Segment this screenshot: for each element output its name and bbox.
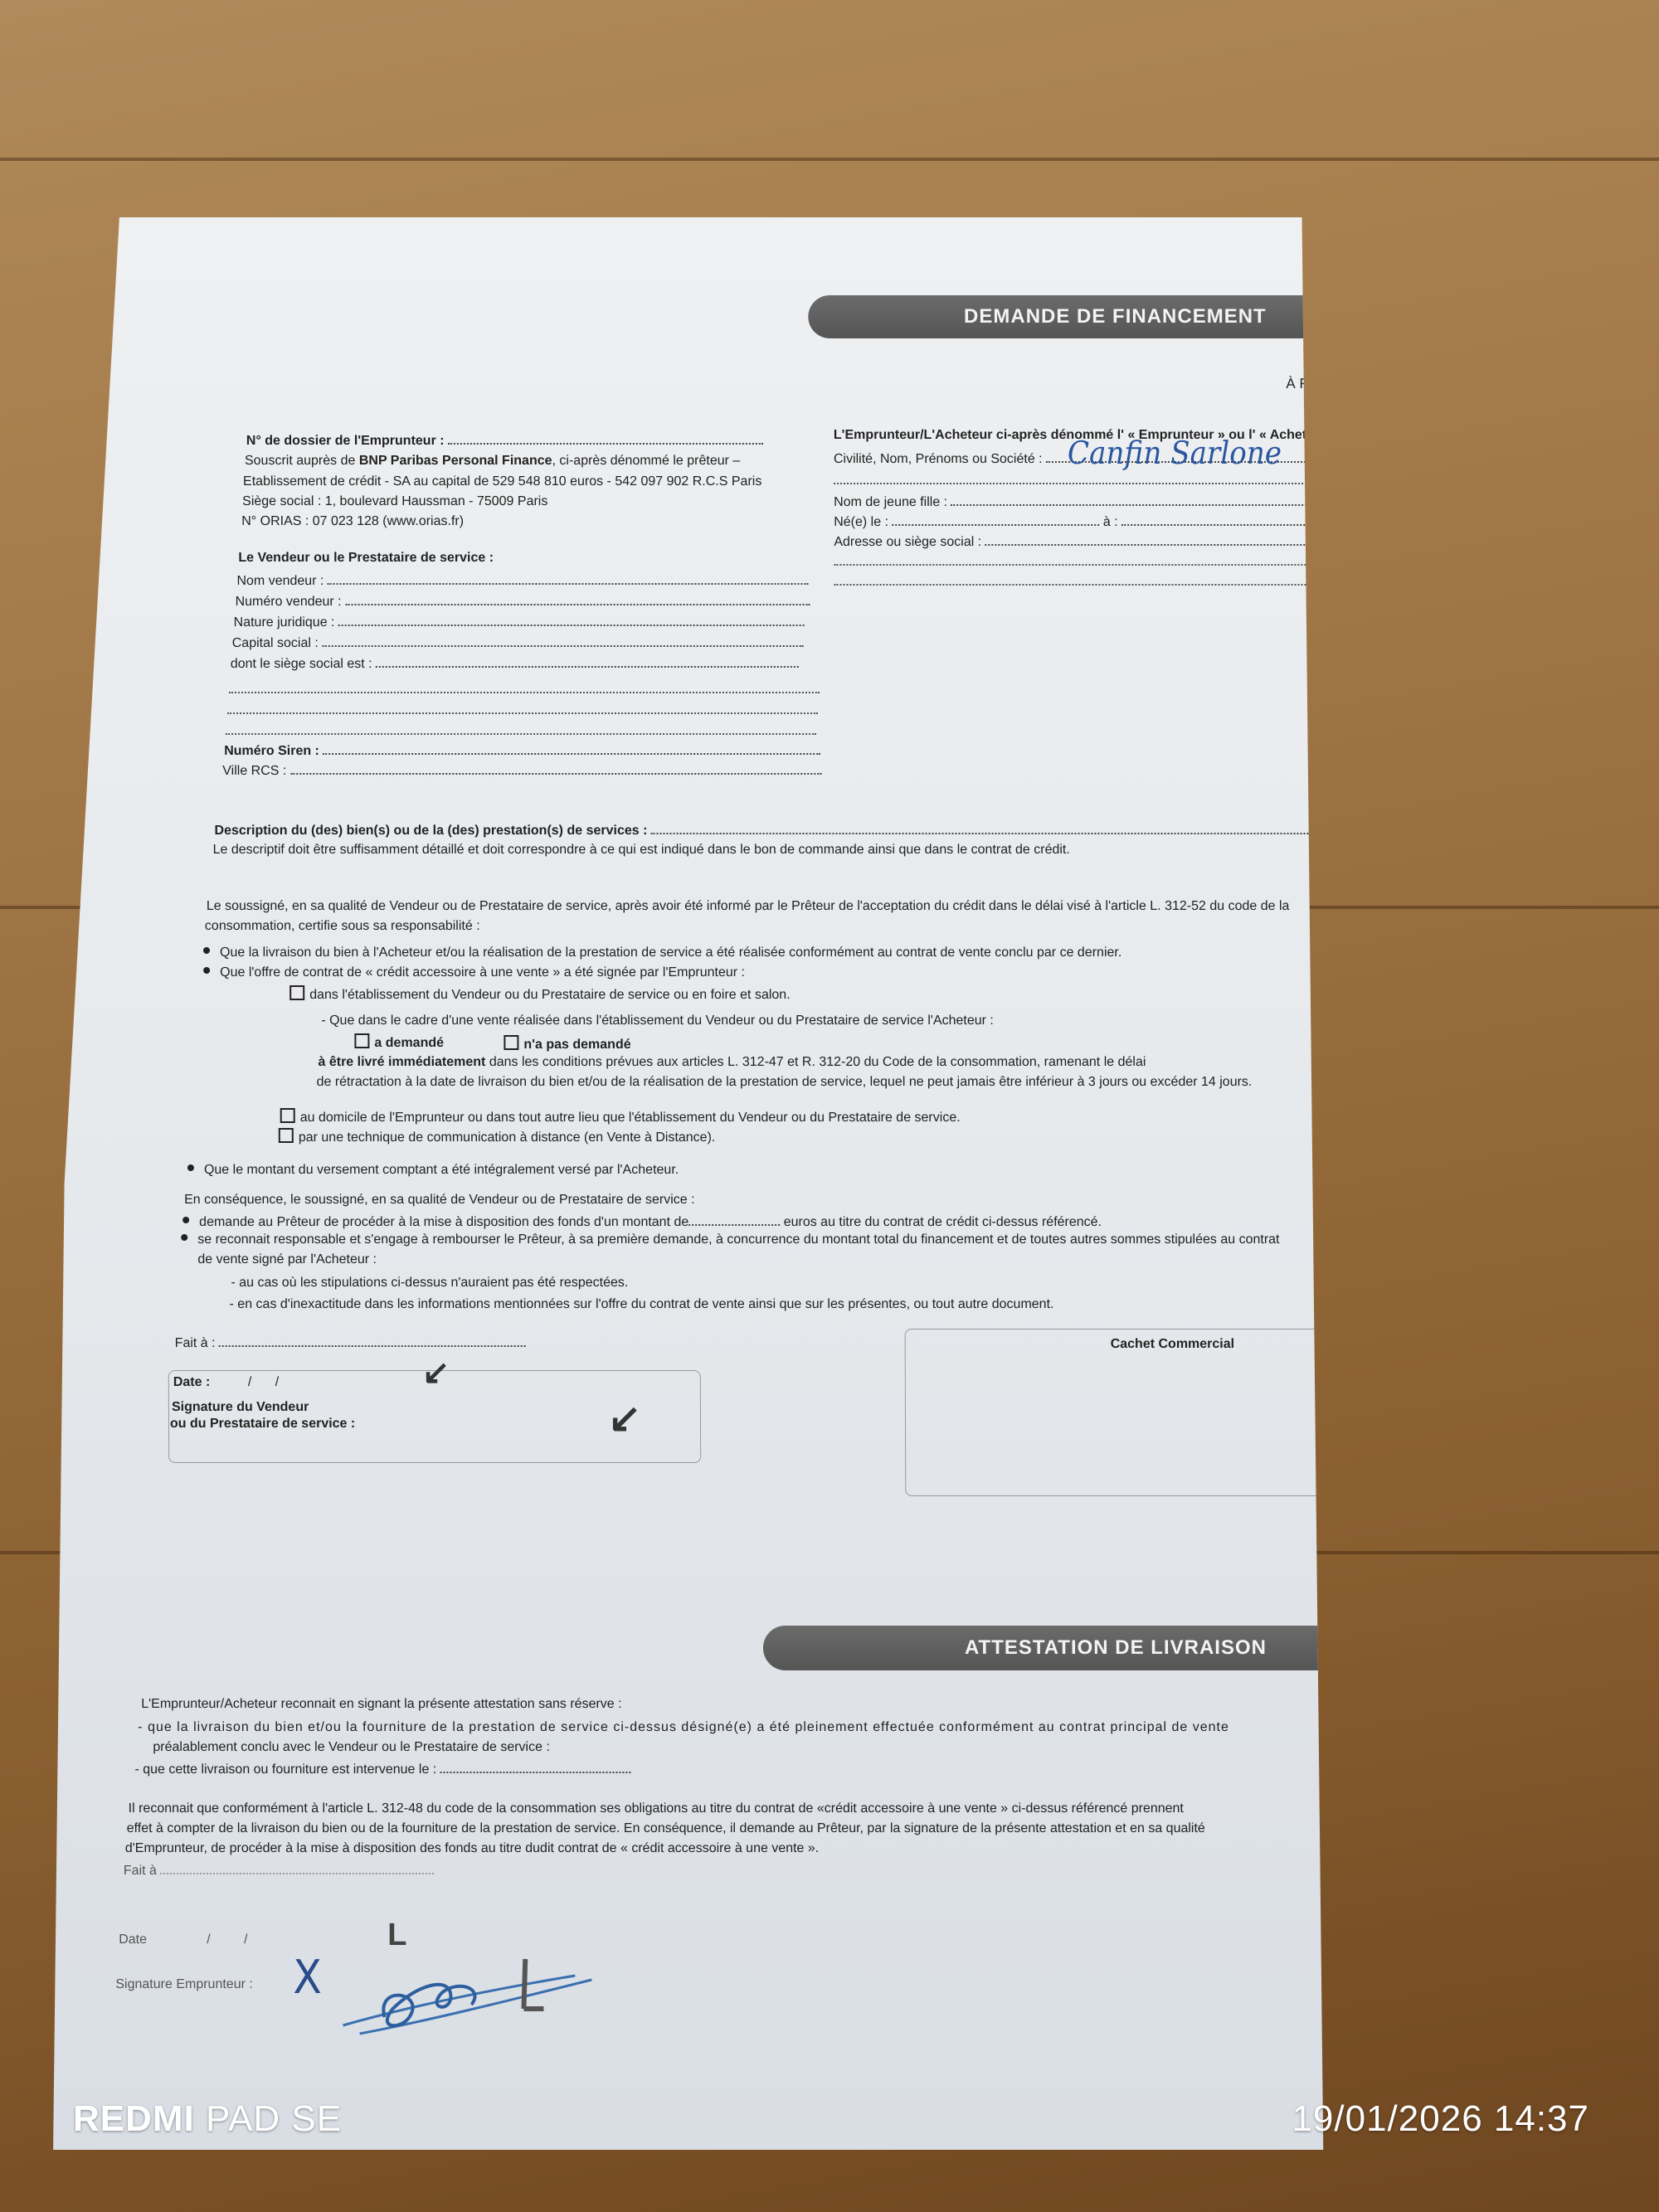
attestation-paragraph-line-1: Il reconnait que conformément à l'articl… <box>129 1801 1184 1816</box>
address-field[interactable] <box>985 532 1425 546</box>
rcs-city-label: Ville RCS : <box>222 764 286 778</box>
table-plank-seam <box>0 158 1659 161</box>
option-distance[interactable]: par une technique de communication à dis… <box>279 1128 716 1145</box>
attestation-item-1-line-2: préalablement conclu avec le Vendeur ou … <box>153 1740 550 1755</box>
certification-bullet-offer: Que l'offre de contrat de « crédit acces… <box>203 965 745 980</box>
borrower-name-handwriting: Canfin Sarlone <box>1068 435 1282 471</box>
address-row: Adresse ou siège social : <box>834 532 1424 550</box>
attestation-intro: L'Emprunteur/Acheteur reconnait en signa… <box>141 1697 621 1712</box>
seller-made-at-row: Fait à : <box>175 1334 526 1351</box>
seller-name-row: Nom vendeur : <box>236 571 808 589</box>
attestation-paragraph-line-2: effet à compter de la livraison du bien … <box>127 1821 1205 1836</box>
description-field[interactable] <box>651 821 1398 834</box>
borrower-file-label: N° de dossier de l'Emprunteur : <box>246 434 445 448</box>
birth-date-label: Né(e) le : <box>834 515 888 529</box>
return-label-text: À RENVOYER <box>1286 376 1379 391</box>
seller-head-office-row: dont le siège social est : <box>231 654 799 672</box>
option-establishment-label: dans l'établissement du Vendeur ou du Pr… <box>309 988 790 1002</box>
borrower-date-field[interactable]: / / <box>207 1932 247 1947</box>
consequence-case-2: - en cas d'inexactitude dans les informa… <box>229 1297 1053 1312</box>
delivery-conditions-line-2: de rétractation à la date de livraison d… <box>317 1075 1253 1090</box>
consequence-responsibility-line-2: de vente signé par l'Acheteur : <box>197 1252 377 1267</box>
commercial-stamp-box[interactable] <box>905 1329 1463 1496</box>
lender-line-3: Siège social : 1, boulevard Haussman - 7… <box>242 494 547 509</box>
seller-number-field[interactable] <box>345 592 810 605</box>
seller-signature-label-1: Signature du Vendeur <box>172 1400 309 1415</box>
rcs-city-row: Ville RCS : <box>222 761 821 779</box>
borrower-file-number-field[interactable] <box>448 431 763 445</box>
camera-brand-bold: REDMI <box>73 2098 195 2139</box>
delivery-date-label: - que cette livraison ou fourniture est … <box>134 1762 436 1777</box>
camera-watermark-datetime: 19/01/2026 14:37 <box>1292 2098 1589 2140</box>
option-not-requested-label: n'a pas demandé <box>523 1038 630 1052</box>
consequence-funds-request: demande au Prêteur de procéder à la mise… <box>182 1213 1102 1230</box>
birth-place-label: à : <box>1103 515 1118 529</box>
seller-signature-label-2: ou du Prestataire de service : <box>170 1417 355 1432</box>
share-capital-row: Capital social : <box>232 634 804 651</box>
rcs-city-field[interactable] <box>290 761 821 775</box>
address-label: Adresse ou siège social : <box>834 535 981 549</box>
seller-date-label: Date : <box>173 1375 211 1390</box>
option-requested-label: a demandé <box>374 1036 444 1050</box>
signature-x-mark: X <box>293 1951 322 2005</box>
funds-request-prefix: demande au Prêteur de procéder à la mise… <box>199 1215 688 1229</box>
banner-title: DEMANDE DE FINANCEMENT <box>964 305 1267 328</box>
delivery-conditions-line-1: à être livré immédiatement dans les cond… <box>318 1055 1146 1070</box>
borrower-made-at-label: Fait à <box>124 1864 157 1878</box>
sign-here-corner-icon: L <box>387 1918 406 1953</box>
birth-place-field[interactable] <box>1121 513 1420 526</box>
certification-bullet-delivery-text: Que la livraison du bien à l'Acheteur et… <box>220 946 1121 960</box>
certification-bullet-down-payment-text: Que le montant du versement comptant a é… <box>204 1163 679 1177</box>
consequence-case-1: - au cas où les stipulations ci-dessus n… <box>231 1276 628 1291</box>
borrower-made-at-row: Fait à <box>124 1861 435 1879</box>
seller-head-office-field[interactable] <box>376 654 799 668</box>
option-home[interactable]: au domicile de l'Emprunteur ou dans tout… <box>280 1108 961 1125</box>
borrower-signature-scribble[interactable] <box>326 1951 608 2042</box>
address-continuation-field-1[interactable] <box>834 564 1431 566</box>
legal-form-row: Nature juridique : <box>234 613 805 630</box>
seller-date-field[interactable]: / / <box>248 1375 279 1390</box>
seller-heading: Le Vendeur ou le Prestataire de service … <box>238 551 494 566</box>
description-note: Le descriptif doit être suffisamment dét… <box>213 843 1070 858</box>
delivery-attestation-title: ATTESTATION DE LIVRAISON <box>965 1636 1267 1660</box>
lender-line-1-prefix: Souscrit auprès de <box>245 454 359 468</box>
borrower-name-continuation-field[interactable] <box>834 483 1429 484</box>
commercial-stamp-label: Cachet Commercial <box>1111 1337 1234 1352</box>
option-home-checkbox[interactable] <box>280 1108 295 1123</box>
bullet-icon <box>203 947 210 954</box>
certification-intro-line-1: Le soussigné, en sa qualité de Vendeur o… <box>207 899 1290 914</box>
lender-name: BNP Paribas Personal Finance <box>359 454 552 468</box>
option-establishment-checkbox[interactable] <box>289 985 304 1000</box>
copy-label: Exemplaire Prêteu <box>1310 350 1426 367</box>
option-not-requested[interactable]: n'a pas demandé <box>504 1035 630 1053</box>
attestation-paragraph-line-3: d'Emprunteur, de procéder à la mise à di… <box>125 1841 820 1856</box>
attestation-item-1-line-1: - que la livraison du bien et/ou la four… <box>138 1720 1229 1735</box>
delivery-attestation-banner: ATTESTATION DE LIVRAISON <box>763 1626 1468 1670</box>
camera-brand-rest: PAD SE <box>195 2098 342 2139</box>
option-not-requested-checkbox[interactable] <box>504 1035 518 1050</box>
maiden-name-label: Nom de jeune fille : <box>834 495 947 509</box>
borrower-name-label: Civilité, Nom, Prénoms ou Société : <box>834 452 1043 466</box>
share-capital-field[interactable] <box>322 634 803 647</box>
maiden-name-field[interactable] <box>951 493 1433 506</box>
bullet-icon <box>182 1217 189 1223</box>
share-capital-label: Capital social : <box>232 636 319 650</box>
delivery-bold: à être livré immédiatement <box>318 1055 485 1069</box>
financing-form-paper: DEMANDE DE FINANCEMENT Exemplaire Prêteu… <box>46 217 1513 2150</box>
description-row: Description du (des) bien(s) ou de la (d… <box>214 821 1397 839</box>
legal-form-label: Nature juridique : <box>234 615 335 630</box>
certification-bullet-offer-text: Que l'offre de contrat de « crédit acces… <box>220 965 745 980</box>
siren-field[interactable] <box>323 741 820 755</box>
borrower-file-number: N° de dossier de l'Emprunteur : <box>246 431 763 449</box>
siren-label: Numéro Siren : <box>224 744 319 758</box>
seller-number-row: Numéro vendeur : <box>236 592 810 610</box>
sub-intro: - Que dans le cadre d'une vente réalisée… <box>321 1014 994 1028</box>
borrower-made-at-field[interactable] <box>160 1861 434 1874</box>
delivery-date-field[interactable] <box>440 1760 631 1773</box>
birth-date-field[interactable] <box>892 513 1099 526</box>
return-label: À RENVOYER <box>1286 372 1422 392</box>
seller-head-office-continuation-2[interactable] <box>227 712 818 714</box>
seller-head-office-continuation-1[interactable] <box>229 692 820 693</box>
sign-here-arrow-icon: ↙ <box>608 1395 641 1441</box>
lender-line-4: N° ORIAS : 07 023 128 (www.orias.fr) <box>241 514 464 529</box>
seller-made-at-field[interactable] <box>219 1334 526 1347</box>
camera-watermark-brand: REDMI PAD SE <box>73 2098 342 2140</box>
consequence-responsibility-line-1: se reconnait responsable et s'engage à r… <box>181 1232 1279 1247</box>
siren-row: Numéro Siren : <box>224 741 820 759</box>
certification-intro-line-2: consommation, certifie sous sa responsab… <box>205 919 480 934</box>
delivery-line-1-rest: dans les conditions prévues aux articles… <box>485 1055 1146 1069</box>
option-home-label: au domicile de l'Emprunteur ou dans tout… <box>300 1111 961 1125</box>
option-distance-label: par une technique de communication à dis… <box>299 1130 716 1145</box>
legal-form-field[interactable] <box>338 613 805 626</box>
seller-made-at-label: Fait à : <box>175 1336 216 1350</box>
bullet-icon <box>203 967 210 974</box>
attestation-item-2-row: - que cette livraison ou fourniture est … <box>134 1760 630 1777</box>
responsibility-line-1-text: se reconnait responsable et s'engage à r… <box>197 1232 1279 1247</box>
option-requested-checkbox[interactable] <box>354 1033 369 1048</box>
borrower-date-label: Date <box>119 1932 147 1947</box>
borrower-signature-label: Signature Emprunteur : <box>115 1977 252 1992</box>
consequence-intro: En conséquence, le soussigné, en sa qual… <box>184 1193 695 1208</box>
certification-bullet-delivery: Que la livraison du bien à l'Acheteur et… <box>203 946 1121 960</box>
maiden-name-row: Nom de jeune fille : <box>834 493 1432 510</box>
birth-row: Né(e) le : à : <box>834 513 1420 530</box>
sign-here-arrow-icon: ↙ <box>422 1354 450 1392</box>
seller-number-label: Numéro vendeur : <box>236 595 342 609</box>
seller-head-office-continuation-3[interactable] <box>226 733 816 735</box>
certification-bullet-down-payment: Que le montant du versement comptant a é… <box>187 1163 679 1178</box>
bullet-icon <box>181 1234 187 1241</box>
lender-line-2: Etablissement de crédit - SA au capital … <box>243 474 761 489</box>
option-distance-checkbox[interactable] <box>279 1128 294 1143</box>
lender-line-1: Souscrit auprès de BNP Paribas Personal … <box>245 454 740 469</box>
financing-request-banner: DEMANDE DE FINANCEMENT <box>808 295 1422 338</box>
lender-line-1-suffix: , ci-après dénommé le prêteur – <box>552 454 740 468</box>
address-continuation-field-2[interactable] <box>834 584 1431 586</box>
seller-name-label: Nom vendeur : <box>236 574 324 588</box>
seller-name-field[interactable] <box>328 571 809 585</box>
option-requested[interactable]: a demandé <box>354 1033 444 1051</box>
envelope-icon <box>1386 372 1423 391</box>
bullet-icon <box>187 1164 194 1171</box>
description-label: Description du (des) bien(s) ou de la (d… <box>214 824 647 838</box>
seller-head-office-label: dont le siège social est : <box>231 657 372 671</box>
option-establishment[interactable]: dans l'établissement du Vendeur ou du Pr… <box>289 985 790 1003</box>
funds-amount-field[interactable] <box>688 1213 780 1226</box>
funds-request-suffix: euros au titre du contrat de crédit ci-d… <box>780 1215 1102 1229</box>
